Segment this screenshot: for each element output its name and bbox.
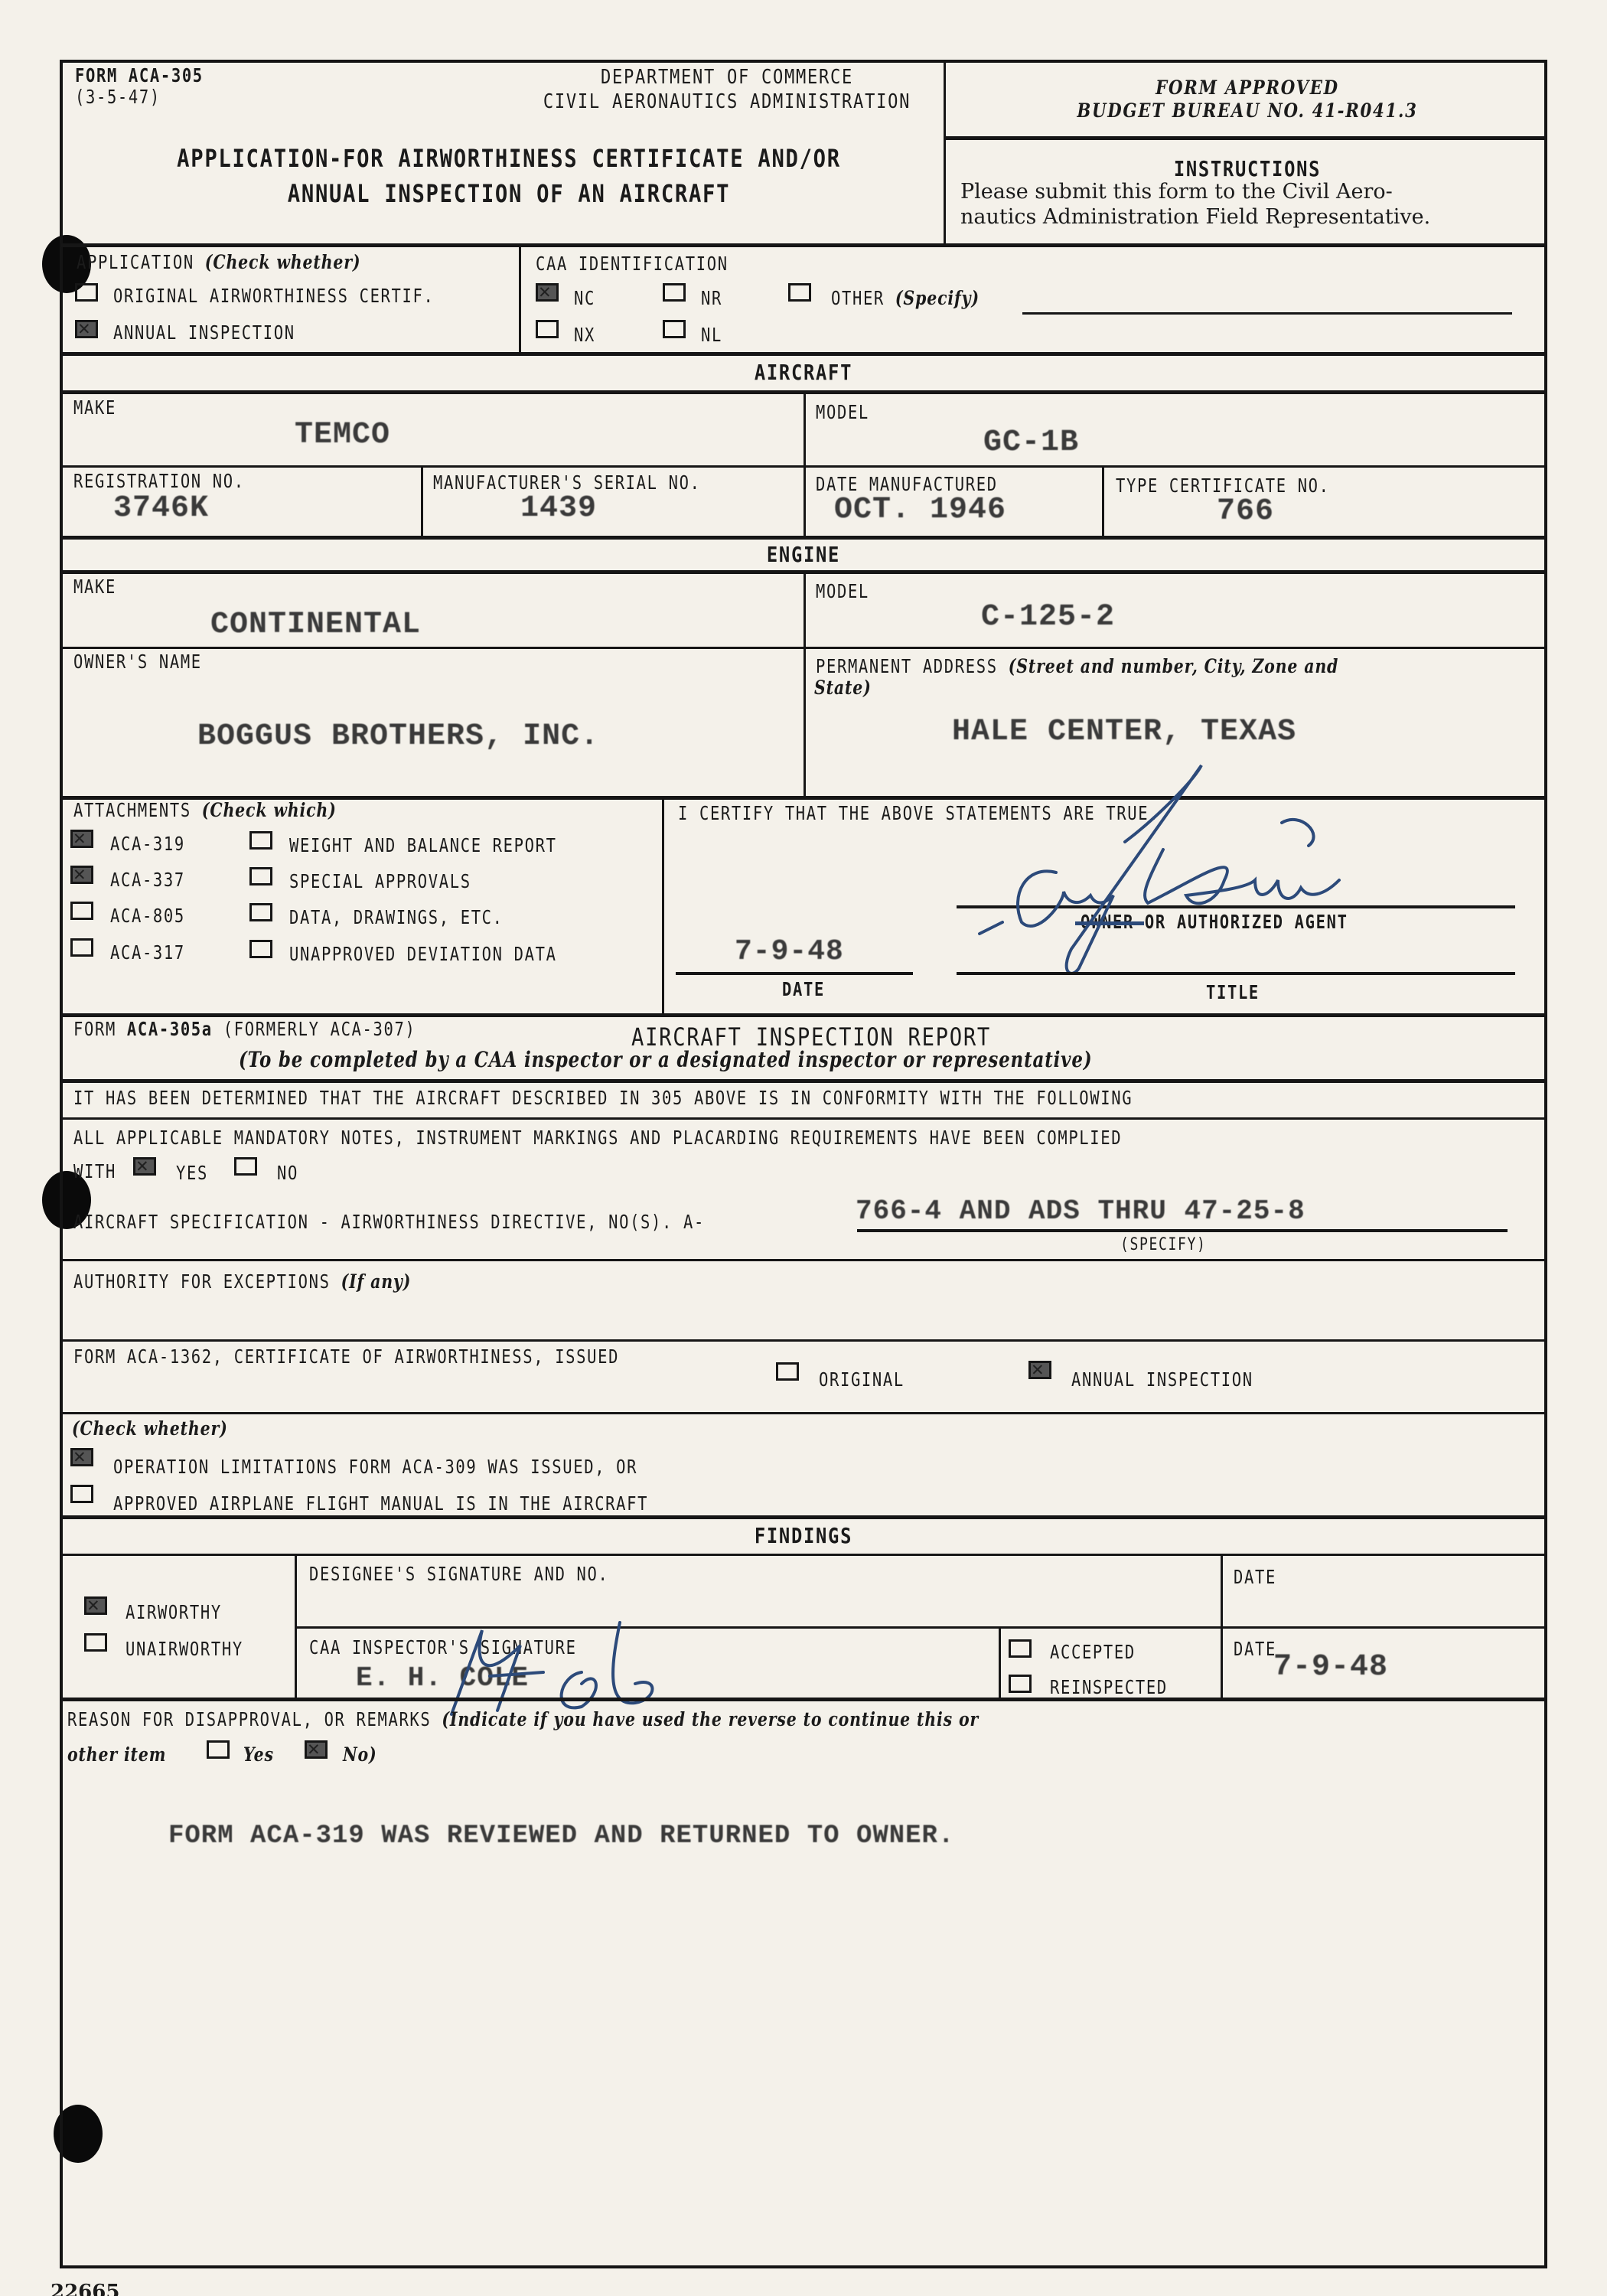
engine-model-value[interactable]: C-125-2 <box>981 600 1115 634</box>
option-other: OTHER (Specify) <box>831 287 980 309</box>
application-divider <box>519 246 521 354</box>
approval-divider <box>945 136 1546 140</box>
option-nc: NC <box>574 287 595 309</box>
checkbox-aca-337[interactable] <box>70 866 93 884</box>
checkbox-annual-inspection[interactable] <box>75 320 98 338</box>
remarks-label: REASON FOR DISAPPROVAL, OR REMARKS (Indi… <box>67 1708 979 1730</box>
reverse-no-label: No) <box>343 1743 377 1766</box>
reverse-yes-label: Yes <box>243 1743 274 1766</box>
aircraft-spec-value[interactable]: 766-4 AND ADS THRU 47-25-8 <box>856 1195 1305 1227</box>
owner-name-value[interactable]: BOGGUS BROTHERS, INC. <box>197 719 599 754</box>
compliance-yes-label: YES <box>176 1162 208 1184</box>
checkbox-nr[interactable] <box>663 283 686 302</box>
remarks-note: (Indicate if you have used the reverse t… <box>442 1708 979 1730</box>
findings-bottom-rule <box>61 1698 1546 1701</box>
checkbox-operation-limitations[interactable] <box>70 1448 93 1466</box>
engine-make-label: MAKE <box>73 576 116 598</box>
certification-date-value[interactable]: 7-9-48 <box>735 935 844 968</box>
instructions-title: INSTRUCTIONS <box>994 156 1501 181</box>
compliance-no-label: NO <box>277 1162 298 1184</box>
type-certificate-label: TYPE CERTIFICATE NO. <box>1116 475 1330 497</box>
aircraft-spec-label: AIRCRAFT SPECIFICATION - AIRWORTHINESS D… <box>73 1211 705 1233</box>
checkbox-unairworthy[interactable] <box>84 1633 107 1652</box>
operation-limitations-label: OPERATION LIMITATIONS FORM ACA-309 WAS I… <box>113 1456 637 1478</box>
checkbox-nl[interactable] <box>663 320 686 338</box>
unairworthy-label: UNAIRWORTHY <box>125 1638 243 1660</box>
designee-signature-label: DESIGNEE'S SIGNATURE AND NO. <box>309 1563 608 1585</box>
checkbox-compliance-no[interactable] <box>234 1157 257 1176</box>
aircraft-spec-line <box>857 1229 1508 1232</box>
exceptions-input[interactable] <box>73 1301 1527 1332</box>
checkbox-certificate-annual[interactable] <box>1028 1361 1051 1379</box>
conformity-rule <box>61 1117 1546 1120</box>
attachments-title: ATTACHMENTS <box>73 799 191 821</box>
report-header-rule <box>61 1079 1546 1083</box>
checkbox-aca-319[interactable] <box>70 830 93 848</box>
form-305a-label: FORM FORM ACA-305aACA-305a (FORMERLY ACA… <box>73 1018 416 1040</box>
aircraft-model-label: MODEL <box>816 401 869 423</box>
instructions-line1: Please submit this form to the Civil Aer… <box>960 179 1430 204</box>
date-manufactured-value[interactable]: OCT. 1946 <box>834 493 1006 527</box>
engine-divider <box>803 572 806 797</box>
title-label: TITLE <box>1206 981 1260 1003</box>
designee-date-input[interactable] <box>1234 1588 1524 1619</box>
address-note-line1: (Street and number, City, Zone and <box>1009 655 1339 677</box>
option-annual-inspection: ANNUAL INSPECTION <box>113 321 295 344</box>
checkbox-aca-805[interactable] <box>70 902 93 920</box>
checkbox-original-airworthiness[interactable] <box>75 283 98 302</box>
checkbox-reverse-yes[interactable] <box>207 1740 230 1759</box>
application-title: APPLICATION <box>77 251 194 273</box>
remarks-value[interactable]: FORM ACA-319 WAS REVIEWED AND RETURNED T… <box>168 1821 954 1851</box>
checkbox-airworthy[interactable] <box>84 1596 107 1615</box>
checkbox-reverse-no[interactable] <box>305 1740 328 1759</box>
permanent-address-label: PERMANENT ADDRESS (Street and number, Ci… <box>816 655 1338 677</box>
form-approved: FORM APPROVED <box>994 77 1501 99</box>
type-certificate-value[interactable]: 766 <box>1217 494 1274 529</box>
check-whether-label: (Check whether) <box>72 1417 228 1440</box>
attachments-note: (Check which) <box>202 799 337 821</box>
date-line <box>676 972 913 975</box>
title-line[interactable] <box>957 972 1515 975</box>
instructions-line2: nautics Administration Field Representat… <box>960 204 1430 230</box>
attachment-aca-319: ACA-319 <box>110 833 185 855</box>
checkbox-accepted[interactable] <box>1009 1639 1032 1658</box>
registration-divider <box>421 467 423 537</box>
engine-make-value[interactable]: CONTINENTAL <box>210 608 421 642</box>
engine-row-rule <box>61 647 1546 649</box>
aircraft-heading: AIRCRAFT <box>173 360 1435 385</box>
caa-identification-label: CAA IDENTIFICATION <box>536 253 729 275</box>
date-manufactured-label: DATE MANUFACTURED <box>816 473 998 495</box>
checkbox-other[interactable] <box>788 283 811 302</box>
checkbox-weight-balance[interactable] <box>249 831 272 850</box>
application-label: APPLICATION (Check whether) <box>77 251 360 273</box>
administration-name: CIVIL AERONAUTICS ADMINISTRATION <box>500 90 955 113</box>
registration-value[interactable]: 3746K <box>113 491 209 526</box>
exceptions-title: AUTHORITY FOR EXCEPTIONS <box>73 1270 331 1293</box>
owner-signature <box>964 750 1439 980</box>
checkbox-flight-manual[interactable] <box>70 1485 93 1503</box>
checkbox-aca-317[interactable] <box>70 938 93 957</box>
serial-value[interactable]: 1439 <box>520 491 597 526</box>
permanent-address-value[interactable]: HALE CENTER, TEXAS <box>952 715 1296 749</box>
certificate-annual-label: ANNUAL INSPECTION <box>1071 1368 1253 1391</box>
department-name: DEPARTMENT OF COMMERCE <box>500 66 955 89</box>
attachment-aca-805: ACA-805 <box>110 905 185 927</box>
aircraft-make-label: MAKE <box>73 396 116 419</box>
aircraft-row-rule <box>61 465 1546 468</box>
budget-bureau-number: BUDGET BUREAU NO. 41-R041.3 <box>994 99 1501 122</box>
findings-heading: FINDINGS <box>173 1523 1435 1548</box>
attachments-divider <box>662 797 664 1016</box>
inspector-date-label: DATE <box>1234 1638 1276 1660</box>
serial-label: MANUFACTURER'S SERIAL NO. <box>433 471 701 494</box>
aircraft-make-divider <box>803 392 806 537</box>
attachment-aca-337: ACA-337 <box>110 869 185 891</box>
option-original-airworthiness: ORIGINAL AIRWORTHINESS CERTIF. <box>113 285 434 307</box>
mandatory-notes-line1: ALL APPLICABLE MANDATORY NOTES, INSTRUME… <box>73 1127 1122 1149</box>
certificate-original-label: ORIGINAL <box>819 1368 905 1391</box>
application-note: (Check whether) <box>205 251 361 273</box>
date-divider <box>1102 467 1104 537</box>
instructions-text: Please submit this form to the Civil Aer… <box>960 179 1430 230</box>
attachment-data-drawings: DATA, DRAWINGS, ETC. <box>289 906 504 928</box>
form-number: FORM ACA-305 <box>75 64 204 86</box>
address-label-text: PERMANENT ADDRESS <box>816 655 998 677</box>
findings-heading-rule <box>61 1554 1546 1556</box>
form-date: (3-5-47) <box>75 86 161 108</box>
exceptions-bottom-rule <box>61 1339 1546 1342</box>
inspection-report-subtitle: (To be completed by a CAA inspector or a… <box>239 1047 1092 1072</box>
checkbox-nx[interactable] <box>536 320 559 338</box>
header-bottom-rule <box>61 243 1546 247</box>
header-divider <box>944 61 946 245</box>
reinspected-label: REINSPECTED <box>1050 1676 1168 1698</box>
form-title-line2: ANNUAL INSPECTION OF AN AIRCRAFT <box>142 179 877 208</box>
registration-label: REGISTRATION NO. <box>73 470 245 492</box>
option-nr: NR <box>701 287 722 309</box>
exceptions-label: AUTHORITY FOR EXCEPTIONS (If any) <box>73 1270 411 1293</box>
certificate-issued-label: FORM ACA-1362, CERTIFICATE OF AIRWORTHIN… <box>73 1345 619 1368</box>
checkbox-reinspected[interactable] <box>1009 1675 1032 1693</box>
other-label: OTHER <box>831 287 885 309</box>
aircraft-model-value[interactable]: GC-1B <box>983 426 1079 460</box>
checkbox-certificate-original[interactable] <box>776 1362 799 1381</box>
other-specify-input[interactable] <box>1022 291 1512 315</box>
address-note-line2: State) <box>814 677 872 699</box>
attachment-aca-317: ACA-317 <box>110 941 185 964</box>
remarks-other-item: other item <box>67 1743 166 1766</box>
checkbox-compliance-yes[interactable] <box>133 1157 156 1176</box>
checkbox-special-approvals[interactable] <box>249 867 272 885</box>
form-title-line1: APPLICATION-FOR AIRWORTHINESS CERTIFICAT… <box>142 144 877 173</box>
attachment-weight-balance: WEIGHT AND BALANCE REPORT <box>289 834 557 856</box>
findings-accepted-divider <box>999 1628 1001 1701</box>
inspector-date-value[interactable]: 7-9-48 <box>1273 1650 1388 1684</box>
other-note: (Specify) <box>895 287 980 309</box>
attachment-special-approvals: SPECIAL APPROVALS <box>289 870 471 892</box>
engine-model-label: MODEL <box>816 580 869 602</box>
aircraft-spec-hint: (SPECIFY) <box>1120 1235 1207 1254</box>
aircraft-bottom-rule <box>61 536 1546 540</box>
accepted-label: ACCEPTED <box>1050 1641 1136 1663</box>
check-whether-bottom-rule <box>61 1515 1546 1519</box>
airworthy-label: AIRWORTHY <box>125 1601 222 1623</box>
designee-signature-input[interactable] <box>309 1588 1204 1619</box>
option-nl: NL <box>701 324 722 346</box>
attachments-label: ATTACHMENTS (Check which) <box>73 799 337 821</box>
spec-bottom-rule <box>61 1259 1546 1261</box>
exceptions-note: (If any) <box>341 1270 412 1293</box>
mandatory-notes-line2: WITH <box>73 1160 116 1182</box>
designee-date-label: DATE <box>1234 1566 1276 1588</box>
remarks-title: REASON FOR DISAPPROVAL, OR REMARKS <box>67 1708 431 1730</box>
flight-manual-label: APPROVED AIRPLANE FLIGHT MANUAL IS IN TH… <box>113 1492 648 1515</box>
attachment-unapproved-deviation: UNAPPROVED DEVIATION DATA <box>289 943 557 965</box>
certificate-bottom-rule <box>61 1412 1546 1414</box>
checkbox-nc[interactable] <box>536 283 559 302</box>
engine-heading: ENGINE <box>173 542 1435 567</box>
date-label: DATE <box>782 978 825 1000</box>
checkbox-data-drawings[interactable] <box>249 903 272 921</box>
form-formerly: (FORMERLY ACA-307) <box>223 1018 416 1040</box>
checkbox-unapproved-deviation[interactable] <box>249 940 272 958</box>
application-bottom-rule <box>61 352 1546 356</box>
document-number: 22665 <box>51 2282 119 2296</box>
option-nx: NX <box>574 324 595 346</box>
owner-name-label: OWNER'S NAME <box>73 651 202 673</box>
conformity-statement: IT HAS BEEN DETERMINED THAT THE AIRCRAFT… <box>73 1087 1133 1109</box>
attachments-bottom-rule <box>61 1013 1546 1017</box>
aircraft-make-value[interactable]: TEMCO <box>295 418 390 452</box>
